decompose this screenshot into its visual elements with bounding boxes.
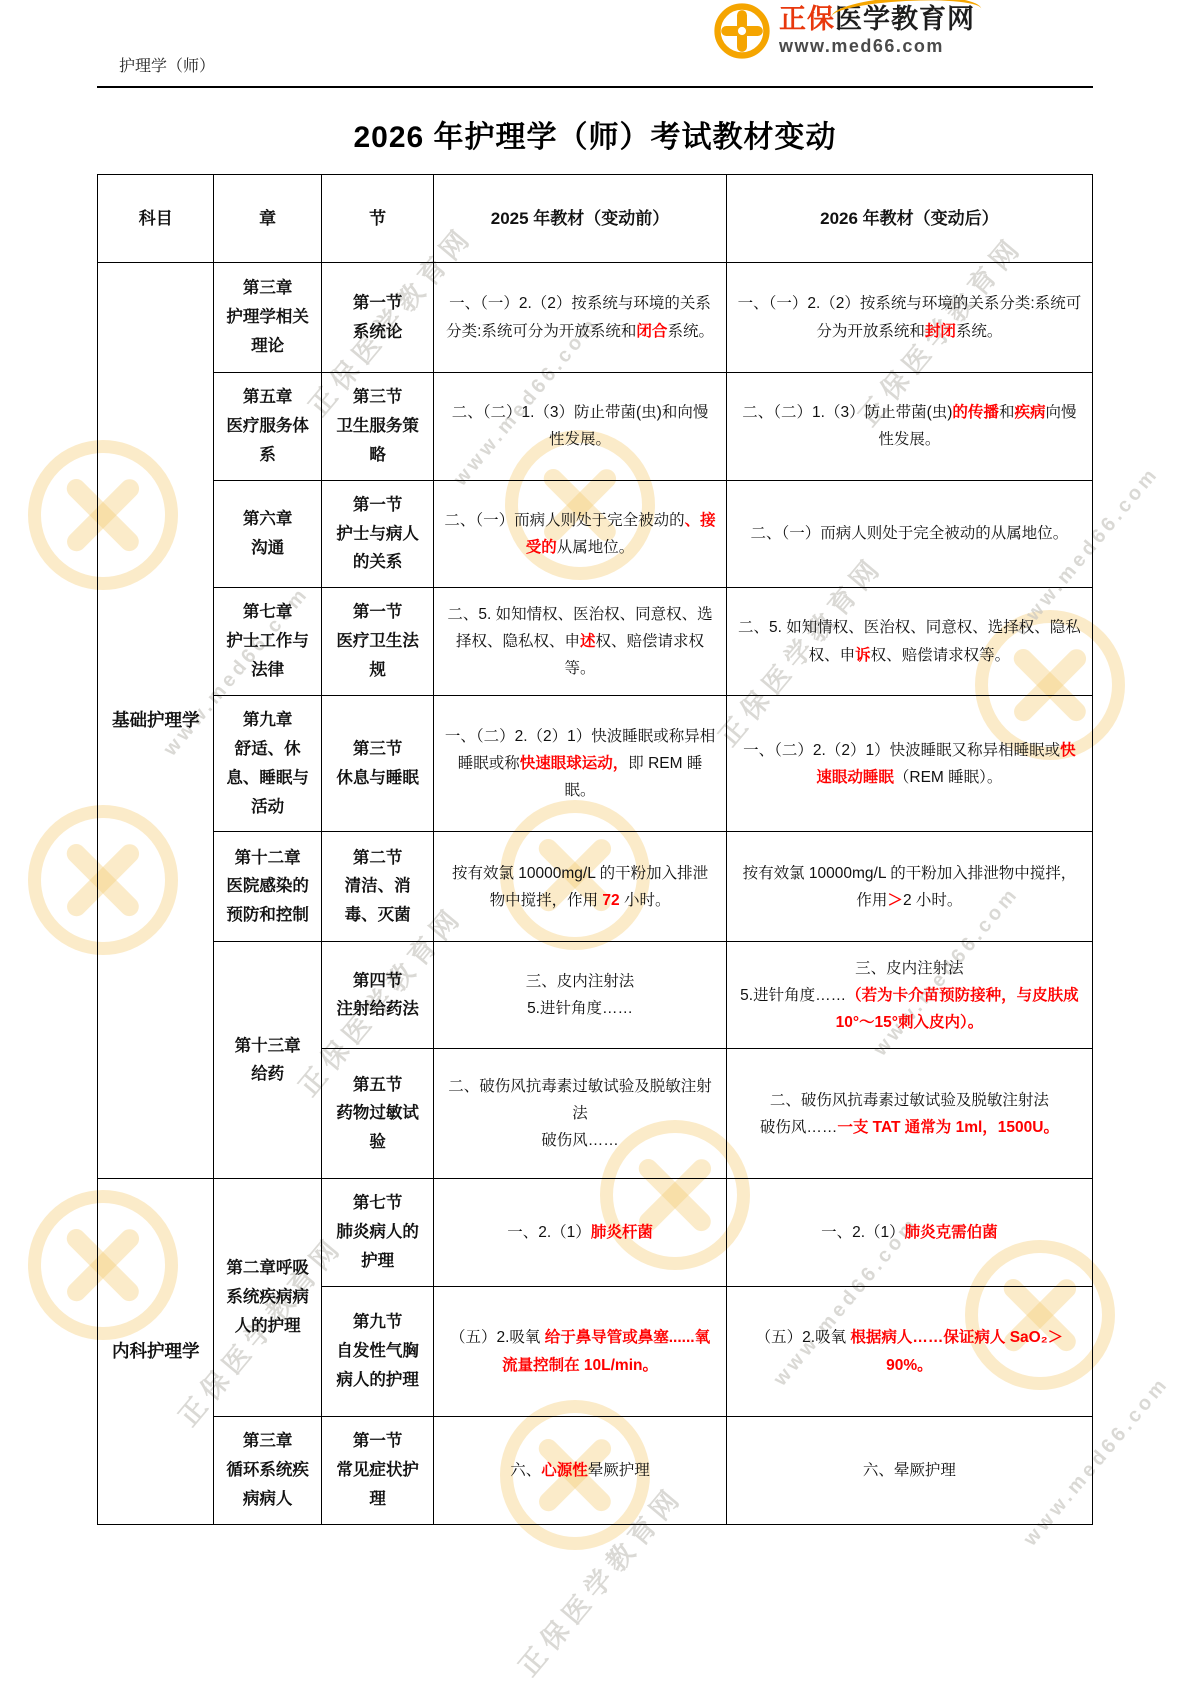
body-text: 三、皮内注射法 5.进针角度…… xyxy=(526,973,635,1017)
body-text: 二、破伤风抗毒素过敏试验及脱敏注射法 破伤风…… xyxy=(448,1078,712,1149)
section-cell: 第三节 卫生服务策略 xyxy=(321,373,433,481)
changed-text: 述 xyxy=(580,633,596,650)
section-cell: 第一节 系统论 xyxy=(321,263,433,373)
body-text: 六、 xyxy=(510,1462,541,1479)
body-text: 晕厥护理 xyxy=(588,1462,650,1479)
brand-logo: 正保医学教育网 www.med66.com xyxy=(713,2,975,60)
body-text: （五）2.吸氧 xyxy=(756,1329,851,1346)
changed-text: 诉 xyxy=(855,647,871,664)
changed-text: 根据病人……保证病人 SaO₂＞90%。 xyxy=(850,1329,1063,1373)
table-row: 第十二章 医院感染的预防和控制第二节 清洁、消毒、灭菌按有效氯 10000mg/… xyxy=(98,832,1093,942)
table-row: 第十三章 给药第四节 注射给药法三、皮内注射法 5.进针角度……三、皮内注射法 … xyxy=(98,942,1093,1049)
content-after-cell: 二、5. 如知情权、医治权、同意权、选择权、隐私权、申诉权、赔偿请求权等。 xyxy=(726,588,1092,696)
changed-text: 心源性 xyxy=(541,1462,588,1479)
changed-text: 72 xyxy=(602,892,619,909)
content-before-cell: 三、皮内注射法 5.进针角度…… xyxy=(434,942,727,1049)
content-before-cell: 按有效氯 10000mg/L 的干粉加入排泄物中搅拌，作用 72 小时。 xyxy=(434,832,727,942)
body-text: 二、（一）而病人则处于完全被动的从属地位。 xyxy=(751,525,1069,542)
chapter-cell: 第二章呼吸系统疾病病人的护理 xyxy=(214,1179,321,1417)
content-before-cell: 一、（一）2.（2）按系统与环境的关系分类:系统可分为开放系统和闭合系统。 xyxy=(434,263,727,373)
section-cell: 第一节 常见症状护理 xyxy=(321,1417,433,1525)
brand-logo-text: 正保医学教育网 www.med66.com xyxy=(779,5,975,56)
content-after-cell: 二、（二）1.（3）防止带菌(虫)的传播和疾病向慢性发展。 xyxy=(726,373,1092,481)
header-subject-label: 护理学（师） xyxy=(119,53,215,76)
content-before-cell: 二、5. 如知情权、医治权、同意权、选择权、隐私权、申述权、赔偿请求权等。 xyxy=(434,588,727,696)
changed-text: 闭合 xyxy=(636,323,667,340)
table-row: 第六章 沟通第一节 护士与病人的关系二、（一）而病人则处于完全被动的、接受的从属… xyxy=(98,480,1093,588)
table-header-row: 科目 章 节 2025 年教材（变动前） 2026 年教材（变动后） xyxy=(98,175,1093,263)
chapter-cell: 第十三章 给药 xyxy=(214,942,321,1179)
changed-text: 肺炎克需伯菌 xyxy=(905,1224,998,1241)
body-text: 六、晕厥护理 xyxy=(863,1462,956,1479)
content-before-cell: 一、2.（1）肺炎杆菌 xyxy=(434,1179,727,1287)
body-text: （REM 睡眠）。 xyxy=(894,769,1003,786)
body-text: （五）2.吸氧 xyxy=(450,1329,545,1346)
content-after-cell: 六、晕厥护理 xyxy=(726,1417,1092,1525)
column-header-after: 2026 年教材（变动后） xyxy=(726,175,1092,263)
content-before-cell: 二、破伤风抗毒素过敏试验及脱敏注射法 破伤风…… xyxy=(434,1049,727,1179)
section-cell: 第一节 医疗卫生法规 xyxy=(321,588,433,696)
content-before-cell: 六、心源性晕厥护理 xyxy=(434,1417,727,1525)
changed-text: 快速眼球运动， xyxy=(520,755,629,772)
subject-cell: 内科护理学 xyxy=(98,1179,214,1524)
changed-text: ＞ xyxy=(887,892,903,909)
chapter-cell: 第九章 舒适、休息、睡眠与活动 xyxy=(214,695,321,832)
content-after-cell: 三、皮内注射法 5.进针角度……（若为卡介苗预防接种，与皮肤成 10°～15°刺… xyxy=(726,942,1092,1049)
brand-name-red: 正保 xyxy=(779,4,835,34)
section-cell: 第五节 药物过敏试验 xyxy=(321,1049,433,1179)
content-after-cell: 二、破伤风抗毒素过敏试验及脱敏注射法 破伤风……一支 TAT 通常为 1ml，1… xyxy=(726,1049,1092,1179)
body-text: 和 xyxy=(999,404,1015,421)
page-title: 2026 年护理学（师）考试教材变动 xyxy=(97,112,1093,156)
body-text: 小时。 xyxy=(620,892,671,909)
body-text: 一、2.（1） xyxy=(507,1224,591,1241)
brand-logo-icon xyxy=(713,2,771,60)
section-cell: 第一节 护士与病人的关系 xyxy=(321,480,433,588)
chapter-cell: 第五章 医疗服务体系 xyxy=(214,373,321,481)
body-text: 一、（二）2.（2）1）快波睡眠又称异相睡眠或 xyxy=(743,742,1060,759)
table-row: 第三章 循环系统疾病病人第一节 常见症状护理六、心源性晕厥护理六、晕厥护理 xyxy=(98,1417,1093,1525)
body-text: 权、赔偿请求权等。 xyxy=(871,647,1011,664)
changed-text: 封闭 xyxy=(925,323,956,340)
content-after-cell: 一、（一）2.（2）按系统与环境的关系分类:系统可分为开放系统和封闭系统。 xyxy=(726,263,1092,373)
body-text: 二、（一）而病人则处于完全被动的 xyxy=(444,512,684,529)
document-page: 正保医学教育网 正保医学教育网 www.med66.com www.med66.… xyxy=(0,0,1191,1684)
changed-text: 肺炎杆菌 xyxy=(591,1224,653,1241)
column-header-chapter: 章 xyxy=(214,175,321,263)
table-row: 第七章 护士工作与法律第一节 医疗卫生法规二、5. 如知情权、医治权、同意权、选… xyxy=(98,588,1093,696)
body-text: 二、（二）1.（3）防止带菌(虫) xyxy=(742,404,952,421)
chapter-cell: 第七章 护士工作与法律 xyxy=(214,588,321,696)
table-row: 内科护理学第二章呼吸系统疾病病人的护理第七节 肺炎病人的护理一、2.（1）肺炎杆… xyxy=(98,1179,1093,1287)
content-after-cell: （五）2.吸氧 根据病人……保证病人 SaO₂＞90%。 xyxy=(726,1287,1092,1417)
content-after-cell: 二、（一）而病人则处于完全被动的从属地位。 xyxy=(726,480,1092,588)
chapter-cell: 第三章 护理学相关理论 xyxy=(214,263,321,373)
section-cell: 第二节 清洁、消毒、灭菌 xyxy=(321,832,433,942)
body-text: 一、2.（1） xyxy=(821,1224,905,1241)
content-after-cell: 一、（二）2.（2）1）快波睡眠又称异相睡眠或快速眼动睡眠（REM 睡眠）。 xyxy=(726,695,1092,832)
content-before-cell: 二、（一）而病人则处于完全被动的、接受的从属地位。 xyxy=(434,480,727,588)
changed-text: 的传播 xyxy=(952,404,999,421)
table-row: 第五章 医疗服务体系第三节 卫生服务策略二、（二）1.（3）防止带菌(虫)和向慢… xyxy=(98,373,1093,481)
column-header-before: 2025 年教材（变动前） xyxy=(434,175,727,263)
content-before-cell: （五）2.吸氧 给于鼻导管或鼻塞......氧流量控制在 10L/min。 xyxy=(434,1287,727,1417)
section-cell: 第三节 休息与睡眠 xyxy=(321,695,433,832)
changed-text: 疾病 xyxy=(1014,404,1045,421)
body-text: 系统。 xyxy=(667,323,714,340)
section-cell: 第九节 自发性气胸病人的护理 xyxy=(321,1287,433,1417)
textbook-changes-table: 科目 章 节 2025 年教材（变动前） 2026 年教材（变动后） 基础护理学… xyxy=(97,174,1093,1525)
column-header-subject: 科目 xyxy=(98,175,214,263)
changed-text: （若为卡介苗预防接种，与皮肤成 10°～15°刺入皮内）。 xyxy=(836,987,1079,1031)
body-text: 一、（一）2.（2）按系统与环境的关系分类:系统可分为开放系统和 xyxy=(738,295,1082,339)
changed-text: 一支 TAT 通常为 1ml，1500U。 xyxy=(837,1119,1059,1136)
table-row: 基础护理学第三章 护理学相关理论第一节 系统论一、（一）2.（2）按系统与环境的… xyxy=(98,263,1093,373)
chapter-cell: 第六章 沟通 xyxy=(214,480,321,588)
brand-url: www.med66.com xyxy=(779,37,975,57)
section-cell: 第四节 注射给药法 xyxy=(321,942,433,1049)
body-text: 系统。 xyxy=(956,323,1003,340)
section-cell: 第七节 肺炎病人的护理 xyxy=(321,1179,433,1287)
content-after-cell: 按有效氯 10000mg/L 的干粉加入排泄物中搅拌，作用＞2 小时。 xyxy=(726,832,1092,942)
chapter-cell: 第十二章 医院感染的预防和控制 xyxy=(214,832,321,942)
body-text: 2 小时。 xyxy=(903,892,962,909)
table-row: 第九章 舒适、休息、睡眠与活动第三节 休息与睡眠一、（二）2.（2）1）快波睡眠… xyxy=(98,695,1093,832)
content-after-cell: 一、2.（1）肺炎克需伯菌 xyxy=(726,1179,1092,1287)
content-before-cell: 一、（二）2.（2）1）快波睡眠或称异相睡眠或称快速眼球运动，即 REM 睡眠。 xyxy=(434,695,727,832)
body-text: 二、（二）1.（3）防止带菌(虫)和向慢性发展。 xyxy=(452,404,709,448)
body-text: 从属地位。 xyxy=(557,539,635,556)
document-header: 护理学（师） 正保医学教育网 www.med66.com xyxy=(97,0,1093,88)
column-header-section: 节 xyxy=(321,175,433,263)
chapter-cell: 第三章 循环系统疾病病人 xyxy=(214,1417,321,1525)
content-before-cell: 二、（二）1.（3）防止带菌(虫)和向慢性发展。 xyxy=(434,373,727,481)
subject-cell: 基础护理学 xyxy=(98,263,214,1179)
